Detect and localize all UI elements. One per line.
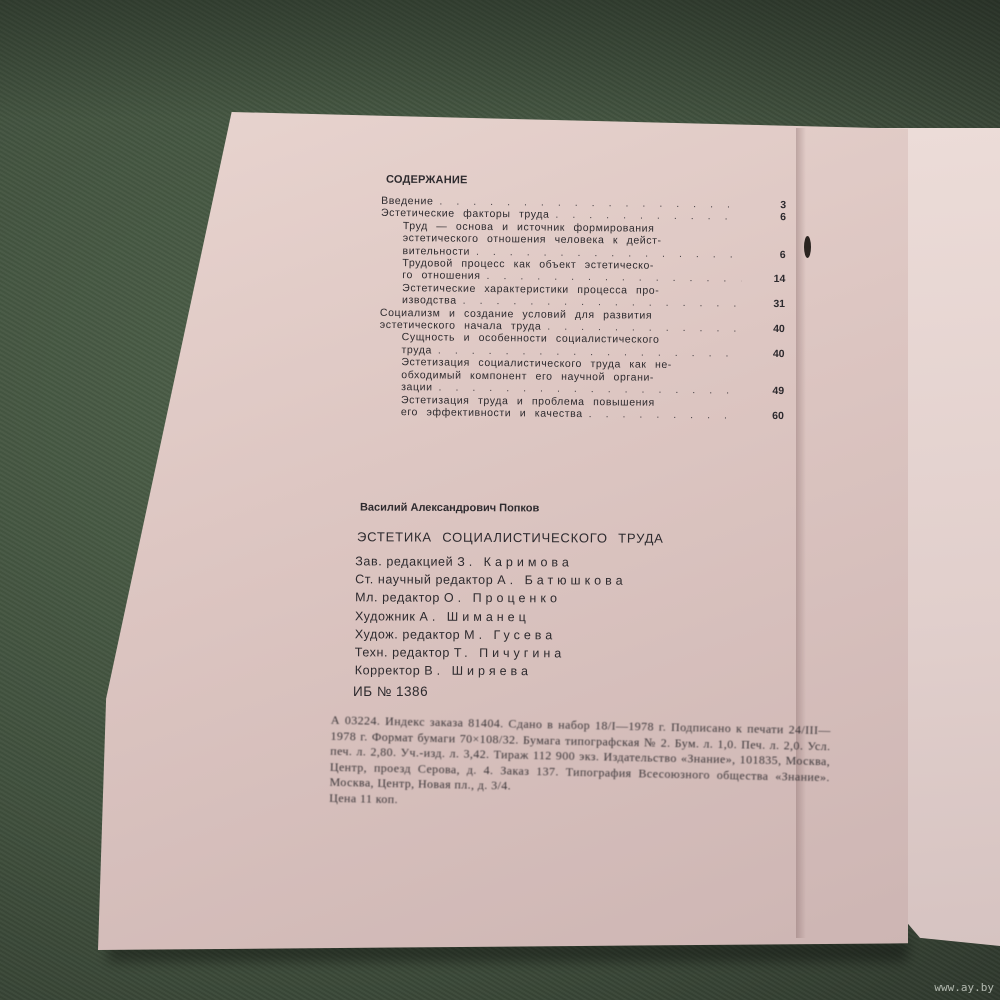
credit-role: Ст. научный редактор [355,572,493,587]
credit-person: А. Батюшкова [497,573,626,588]
credit-role: Техн. редактор [355,645,450,659]
toc-page-number: 60 [746,410,784,423]
credit-line: Зав. редакциейЗ. Каримова [355,552,627,572]
toc-entry-line: его эффективности и качества [401,406,583,420]
toc-entry-line: го отношения [402,270,480,283]
colophon: А 03224. Индекс заказа 81404. Сдано в на… [329,713,831,816]
ink-blot [804,236,811,258]
credit-line: ХудожникА. Шиманец [355,607,627,627]
credit-role: Художник [355,609,416,623]
toc-entry-line: изводства [402,294,457,307]
credit-person: З. Каримова [457,555,573,570]
toc-entry: Труд — основа и источник формированияэст… [381,220,786,261]
toc-entry-line: Введение [381,195,433,208]
credit-line: Техн. редакторТ. Пичугина [355,643,627,663]
toc-page-number: 40 [747,323,785,336]
toc-entry: Эстетизация труда и проблема повышенияег… [379,393,784,422]
toc-page-number: 3 [748,199,786,212]
toc-page-number: 49 [746,385,784,398]
credit-person: О. Проценко [444,591,561,606]
toc-entry-line: зации [401,381,433,394]
book-title: ЭСТЕТИКА СОЦИАЛИСТИЧЕСКОГО ТРУДА [357,529,664,546]
credit-role: Мл. редактор [355,591,440,605]
ib-number: ИБ № 1386 [353,684,428,699]
toc-entry-line: труда [401,344,432,357]
credit-line: Ст. научный редакторА. Батюшкова [355,570,627,590]
credit-person: А. Шиманец [419,609,529,624]
toc-title: СОДЕРЖАНИЕ [386,174,468,187]
credit-role: Худож. редактор [355,627,460,642]
toc-entry-line: вительности [403,245,471,258]
credit-line: КорректорВ. Ширяева [355,662,627,682]
tablecloth-background [0,0,1000,120]
toc-page-number: 6 [748,211,786,224]
watermark: www.ay.by [934,981,994,994]
toc-page-number: 31 [747,298,785,311]
author-name: Василий Александрович Попков [360,502,539,515]
colophon-text: А 03224. Индекс заказа 81404. Сдано в на… [329,713,831,801]
toc-entry: Эстетизация социалистического труда как … [379,356,784,397]
table-of-contents: Введение................................… [379,195,786,423]
dot-leader: ........................................ [589,408,740,422]
credit-person: Т. Пичугина [454,646,565,661]
toc-page-number: 6 [748,248,786,261]
credit-person: М. Гусева [464,628,556,642]
toc-page-number: 40 [746,348,784,361]
credit-role: Корректор [355,664,421,678]
editorial-credits: Зав. редакциейЗ. КаримоваСт. научный ред… [355,552,627,681]
toc-page-number: 14 [747,273,785,286]
credit-line: Худож. редакторМ. Гусева [355,625,627,645]
credit-person: В. Ширяева [424,664,532,679]
credit-role: Зав. редакцией [355,554,453,569]
credit-line: Мл. редакторО. Проценко [355,589,627,609]
